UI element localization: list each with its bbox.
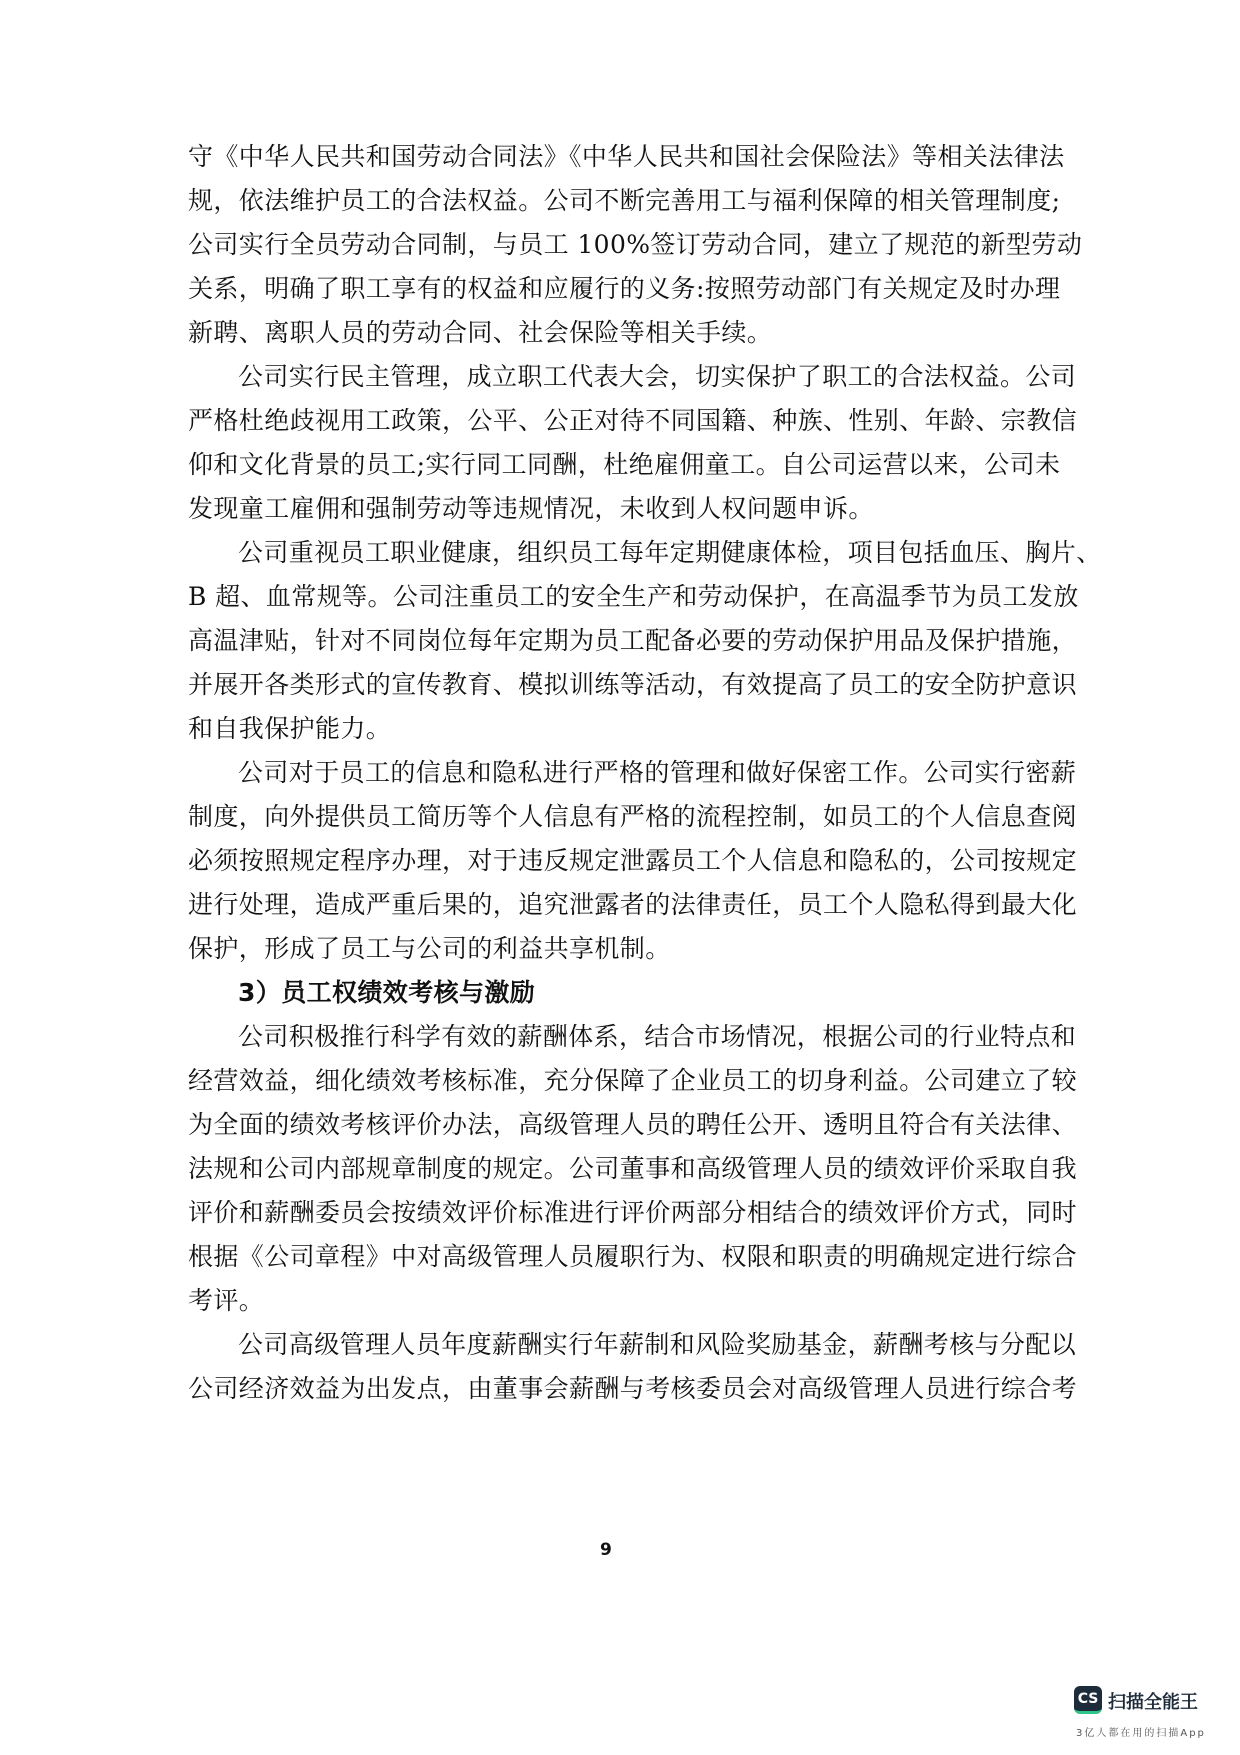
text-line: 公司高级管理人员年度薪酬实行年薪制和风险奖励基金，薪酬考核与分配以 [188, 1323, 1048, 1367]
text-line: 法规和公司内部规章制度的规定。公司董事和高级管理人员的绩效评价采取自我 [188, 1147, 1048, 1191]
text-line: 和自我保护能力。 [188, 707, 1048, 751]
text-line: 公司经济效益为出发点，由董事会薪酬与考核委员会对高级管理人员进行综合考 [188, 1367, 1048, 1411]
text-line: 公司实行全员劳动合同制，与员工 100%签订劳动合同，建立了规范的新型劳动 [188, 223, 1048, 267]
text-line: 严格杜绝歧视用工政策，公平、公正对待不同国籍、种族、性别、年龄、宗教信 [188, 399, 1048, 443]
text-line: B 超、血常规等。公司注重员工的安全生产和劳动保护，在高温季节为员工发放 [188, 575, 1048, 619]
watermark-tagline: 3亿人都在用的扫描App [1076, 1724, 1206, 1739]
text-line: 根据《公司章程》中对高级管理人员履职行为、权限和职责的明确规定进行综合 [188, 1235, 1048, 1279]
text-line: 发现童工雇佣和强制劳动等违规情况，未收到人权问题申诉。 [188, 487, 1048, 531]
text-line: 新聘、离职人员的劳动合同、社会保险等相关手续。 [188, 311, 1048, 355]
text-line: 高温津贴，针对不同岗位每年定期为员工配备必要的劳动保护用品及保护措施， [188, 619, 1048, 663]
text-line: 考评。 [188, 1279, 1048, 1323]
text-line: 进行处理，造成严重后果的，追究泄露者的法律责任，员工个人隐私得到最大化 [188, 883, 1048, 927]
page-number: 9 [600, 1540, 612, 1560]
section-heading: 3）员工权绩效考核与激励 [188, 971, 1048, 1015]
text-line: 关系，明确了职工享有的权益和应履行的义务:按照劳动部门有关规定及时办理 [188, 267, 1048, 311]
text-line: 为全面的绩效考核评价办法，高级管理人员的聘任公开、透明且符合有关法律、 [188, 1103, 1048, 1147]
text-line: 必须按照规定程序办理，对于违反规定泄露员工个人信息和隐私的，公司按规定 [188, 839, 1048, 883]
text-line: 保护，形成了员工与公司的利益共享机制。 [188, 927, 1048, 971]
text-line: 公司积极推行科学有效的薪酬体系，结合市场情况，根据公司的行业特点和 [188, 1015, 1048, 1059]
text-line: 制度，向外提供员工简历等个人信息有严格的流程控制，如员工的个人信息查阅 [188, 795, 1048, 839]
text-line: 评价和薪酬委员会按绩效评价标准进行评价两部分相结合的绩效评价方式，同时 [188, 1191, 1048, 1235]
text-line: 公司对于员工的信息和隐私进行严格的管理和做好保密工作。公司实行密薪 [188, 751, 1048, 795]
text-line: 仰和文化背景的员工;实行同工同酬，杜绝雇佣童工。自公司运营以来，公司未 [188, 443, 1048, 487]
document-body: 守《中华人民共和国劳动合同法》《中华人民共和国社会保险法》等相关法律法规，依法维… [188, 135, 1048, 1411]
text-line: 经营效益，细化绩效考核标准，充分保障了企业员工的切身利益。公司建立了较 [188, 1059, 1048, 1103]
camscanner-logo-icon: CS [1074, 1686, 1102, 1714]
text-line: 并展开各类形式的宣传教育、模拟训练等活动，有效提高了员工的安全防护意识 [188, 663, 1048, 707]
text-line: 公司实行民主管理，成立职工代表大会，切实保护了职工的合法权益。公司 [188, 355, 1048, 399]
watermark-app-name: 扫描全能王 [1108, 1688, 1198, 1714]
text-line: 公司重视员工职业健康，组织员工每年定期健康体检，项目包括血压、胸片、 [188, 531, 1048, 575]
camscanner-watermark: CS 扫描全能王 3亿人都在用的扫描App [1074, 1686, 1240, 1746]
text-line: 规，依法维护员工的合法权益。公司不断完善用工与福利保障的相关管理制度; [188, 179, 1048, 223]
text-line: 守《中华人民共和国劳动合同法》《中华人民共和国社会保险法》等相关法律法 [188, 135, 1048, 179]
